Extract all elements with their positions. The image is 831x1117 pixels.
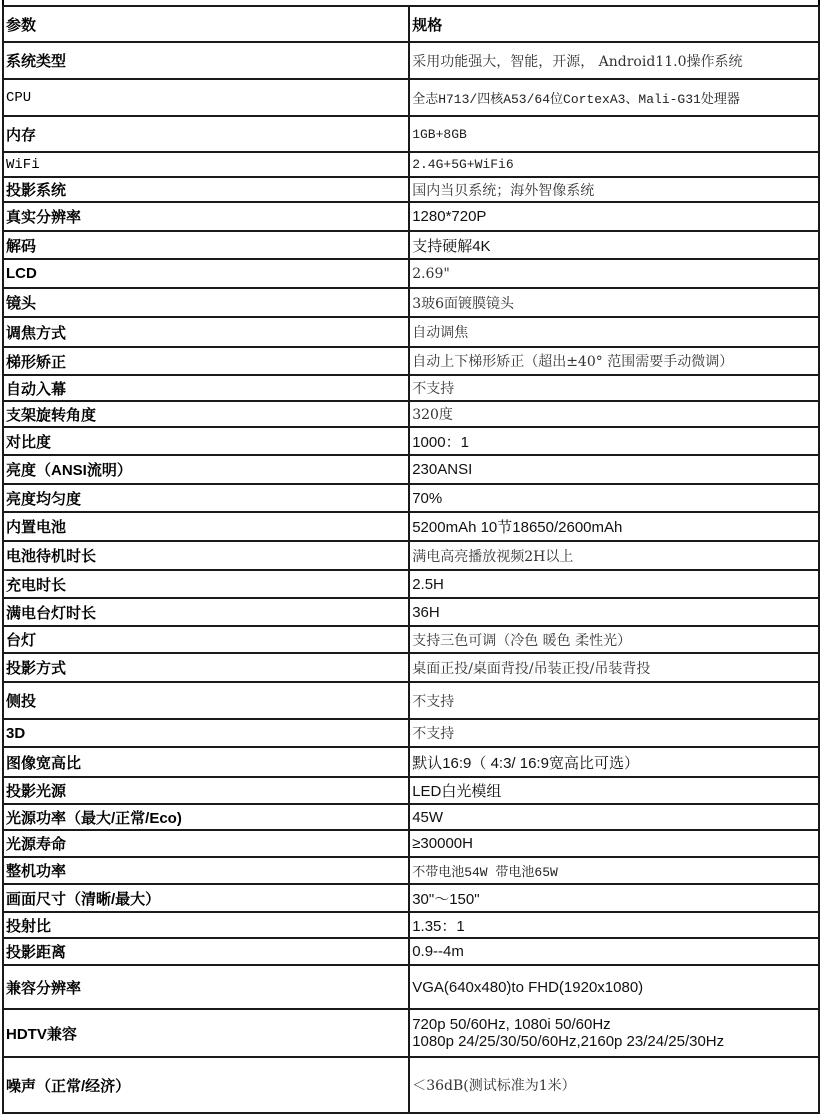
param-cell: 镜头: [3, 288, 409, 317]
param-cell: 调焦方式: [3, 317, 409, 347]
spec-cell: 自动调焦: [409, 317, 819, 347]
param-cell: 图像宽高比: [3, 747, 409, 777]
param-cell: LCD: [3, 259, 409, 288]
table-row: 内置电池5200mAh 10节18650/2600mAh: [3, 512, 819, 541]
param-cell: CPU: [3, 79, 409, 116]
table-row: 投影距离0.9--4m: [3, 938, 819, 965]
param-cell: 对比度: [3, 427, 409, 455]
table-row: HDTV兼容720p 50/60Hz, 1080i 50/60Hz1080p 2…: [3, 1009, 819, 1057]
table-row: 光源寿命≥30000H: [3, 830, 819, 857]
spec-cell: 默认16:9（ 4:3/ 16:9宽高比可选）: [409, 747, 819, 777]
spec-cell: 1000：1: [409, 427, 819, 455]
param-cell: 台灯: [3, 626, 409, 653]
spec-cell: 1GB+8GB: [409, 116, 819, 152]
spec-line-2: 1080p 24/25/30/50/60Hz,2160p 23/24/25/30…: [412, 1033, 818, 1050]
spec-cell: 支持硬解4K: [409, 231, 819, 259]
table-row: 整机功率不带电池54W 带电池65W: [3, 857, 819, 884]
param-cell: 画面尺寸（清晰/最大）: [3, 884, 409, 912]
spec-cell: 36H: [409, 598, 819, 626]
table-row: 光源功率（最大/正常/Eco)45W: [3, 804, 819, 830]
spec-cell: 230ANSI: [409, 455, 819, 484]
spec-cell: 桌面正投/桌面背投/吊装正投/吊装背投: [409, 653, 819, 682]
table-row: 解码支持硬解4K: [3, 231, 819, 259]
spec-cell: 国内当贝系统；海外智像系统: [409, 177, 819, 202]
table-row: 调焦方式自动调焦: [3, 317, 819, 347]
param-cell: 投射比: [3, 912, 409, 938]
spec-cell: LED白光模组: [409, 777, 819, 804]
spec-line-1: 720p 50/60Hz, 1080i 50/60Hz: [412, 1016, 818, 1033]
table-row: 梯形矫正自动上下梯形矫正（超出±40° 范围需要手动微调）: [3, 347, 819, 375]
table-row: 内存1GB+8GB: [3, 116, 819, 152]
table-row: 充电时长2.5H: [3, 570, 819, 598]
table-row: 真实分辨率1280*720P: [3, 202, 819, 231]
table-row: LCD2.69": [3, 259, 819, 288]
param-cell: 投影系统: [3, 177, 409, 202]
spec-cell: 2.5H: [409, 570, 819, 598]
table-row: 投影方式桌面正投/桌面背投/吊装正投/吊装背投: [3, 653, 819, 682]
param-cell: WiFi: [3, 152, 409, 177]
header-spec: 规格: [409, 6, 819, 42]
spec-cell: 45W: [409, 804, 819, 830]
param-cell: 侧投: [3, 682, 409, 719]
table-row: 侧投不支持: [3, 682, 819, 719]
param-cell: HDTV兼容: [3, 1009, 409, 1057]
param-cell: 亮度（ANSI流明）: [3, 455, 409, 484]
param-cell: 内存: [3, 116, 409, 152]
spec-cell: 5200mAh 10节18650/2600mAh: [409, 512, 819, 541]
param-cell: 内置电池: [3, 512, 409, 541]
spec-cell: 不支持: [409, 682, 819, 719]
spec-cell: 满电高亮播放视频2H以上: [409, 541, 819, 570]
table-row: 支架旋转角度320度: [3, 401, 819, 427]
spec-cell: 不支持: [409, 719, 819, 747]
table-header-row: 参数 规格: [3, 6, 819, 42]
table-row: 图像宽高比默认16:9（ 4:3/ 16:9宽高比可选）: [3, 747, 819, 777]
spec-cell: 自动上下梯形矫正（超出±40° 范围需要手动微调）: [409, 347, 819, 375]
param-cell: 梯形矫正: [3, 347, 409, 375]
spec-cell: 2.4G+5G+WiFi6: [409, 152, 819, 177]
spec-cell: 0.9--4m: [409, 938, 819, 965]
table-row: 电池待机时长满电高亮播放视频2H以上: [3, 541, 819, 570]
spec-cell: 支持三色可调（冷色 暖色 柔性光）: [409, 626, 819, 653]
table-row: 投影光源LED白光模组: [3, 777, 819, 804]
table-row: 3D不支持: [3, 719, 819, 747]
spec-cell: 720p 50/60Hz, 1080i 50/60Hz1080p 24/25/3…: [409, 1009, 819, 1057]
table-row: 投影系统国内当贝系统；海外智像系统: [3, 177, 819, 202]
spec-cell: ＜36dB(测试标准为1米）: [409, 1057, 819, 1113]
param-cell: 投影光源: [3, 777, 409, 804]
spec-cell: 1.35：1: [409, 912, 819, 938]
param-cell: 系统类型: [3, 42, 409, 79]
table-row: 台灯支持三色可调（冷色 暖色 柔性光）: [3, 626, 819, 653]
spec-cell: 2.69": [409, 259, 819, 288]
param-cell: 充电时长: [3, 570, 409, 598]
param-cell: 自动入幕: [3, 375, 409, 401]
table-row: 画面尺寸（清晰/最大）30"～150": [3, 884, 819, 912]
param-cell: 满电台灯时长: [3, 598, 409, 626]
spec-cell: 30"～150": [409, 884, 819, 912]
spec-cell: 不支持: [409, 375, 819, 401]
spec-cell: 3玻6面镀膜镜头: [409, 288, 819, 317]
param-cell: 整机功率: [3, 857, 409, 884]
spec-cell: 320度: [409, 401, 819, 427]
header-param: 参数: [3, 6, 409, 42]
spec-cell: 70%: [409, 484, 819, 512]
param-cell: 噪声（正常/经济）: [3, 1057, 409, 1113]
param-cell: 投影方式: [3, 653, 409, 682]
table-row: 兼容分辨率VGA(640x480)to FHD(1920x1080): [3, 965, 819, 1009]
param-cell: 投影距离: [3, 938, 409, 965]
table-row: 亮度（ANSI流明）230ANSI: [3, 455, 819, 484]
table-row: 亮度均匀度70%: [3, 484, 819, 512]
param-cell: 光源功率（最大/正常/Eco): [3, 804, 409, 830]
param-cell: 解码: [3, 231, 409, 259]
spec-cell: VGA(640x480)to FHD(1920x1080): [409, 965, 819, 1009]
spec-cell: 不带电池54W 带电池65W: [409, 857, 819, 884]
spec-table: 参数 规格 系统类型采用功能强大，智能，开源， Android11.0操作系统C…: [2, 5, 820, 1114]
spec-cell: 1280*720P: [409, 202, 819, 231]
spec-cell: 采用功能强大，智能，开源， Android11.0操作系统: [409, 42, 819, 79]
table-row: 自动入幕不支持: [3, 375, 819, 401]
param-cell: 真实分辨率: [3, 202, 409, 231]
spec-cell: 全志H713/四核A53/64位CortexA3、Mali-G31处理器: [409, 79, 819, 116]
table-row: 镜头3玻6面镀膜镜头: [3, 288, 819, 317]
table-row: 对比度1000：1: [3, 427, 819, 455]
table-row: 系统类型采用功能强大，智能，开源， Android11.0操作系统: [3, 42, 819, 79]
spec-cell: ≥30000H: [409, 830, 819, 857]
table-row: 投射比1.35：1: [3, 912, 819, 938]
table-row: CPU全志H713/四核A53/64位CortexA3、Mali-G31处理器: [3, 79, 819, 116]
param-cell: 电池待机时长: [3, 541, 409, 570]
param-cell: 3D: [3, 719, 409, 747]
param-cell: 支架旋转角度: [3, 401, 409, 427]
table-row: 满电台灯时长36H: [3, 598, 819, 626]
table-row: WiFi2.4G+5G+WiFi6: [3, 152, 819, 177]
param-cell: 兼容分辨率: [3, 965, 409, 1009]
table-row: 噪声（正常/经济）＜36dB(测试标准为1米）: [3, 1057, 819, 1113]
param-cell: 亮度均匀度: [3, 484, 409, 512]
param-cell: 光源寿命: [3, 830, 409, 857]
